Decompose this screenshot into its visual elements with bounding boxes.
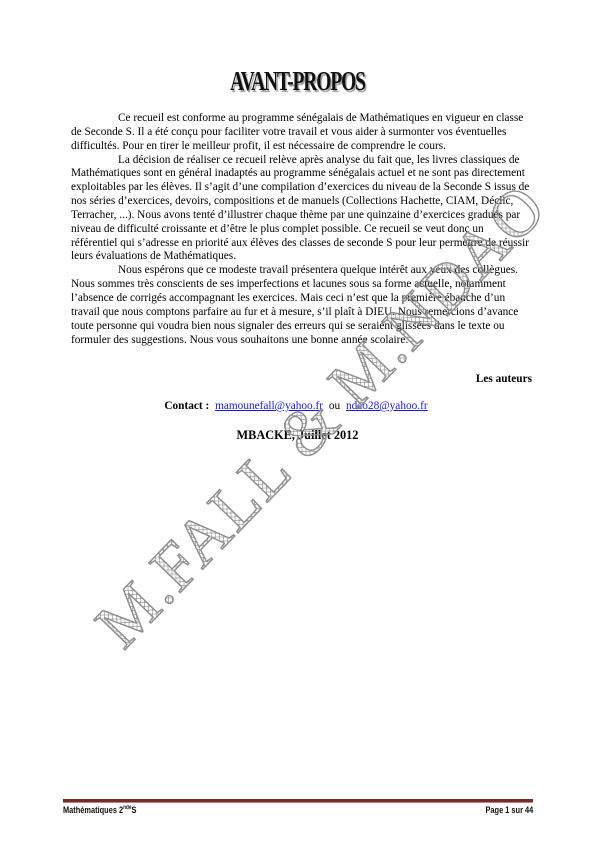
contact-line: Contact : mamounefall@yahoo.fr ou ndao28… — [0, 400, 595, 412]
paragraph-2: La décision de réaliser ce recueil relèv… — [71, 154, 531, 265]
email-link-ndao[interactable]: ndao28@yahoo.fr — [346, 400, 428, 412]
footer-subject-base: Mathématiques 2 — [63, 805, 123, 816]
signature: Les auteurs — [476, 373, 532, 385]
footer-subject: Mathématiques 2ndeS — [63, 805, 136, 816]
email-link-fall[interactable]: mamounefall@yahoo.fr — [215, 400, 323, 412]
footer-subject-sup: nde — [123, 805, 131, 811]
contact-label: Contact : — [164, 400, 209, 412]
contact-separator: ou — [329, 400, 340, 412]
page-number: Page 1 sur 44 — [485, 805, 533, 816]
footer-divider — [63, 799, 533, 803]
page-title: AVANT-PROPOS — [83, 66, 511, 97]
document-page: AVANT-PROPOS Ce recueil est conforme au … — [0, 0, 595, 842]
paragraph-1: Ce recueil est conforme au programme sén… — [71, 112, 531, 154]
foreword-body: Ce recueil est conforme au programme sén… — [71, 112, 531, 347]
paragraph-3: Nous espérons que ce modeste travail pré… — [71, 264, 531, 347]
place-date: MBACKE, Juillet 2012 — [0, 428, 595, 443]
footer-subject-suffix: S — [131, 805, 136, 816]
